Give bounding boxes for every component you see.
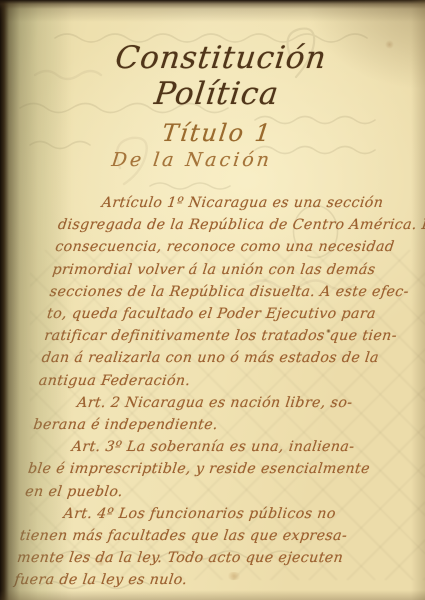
manuscript-line: fuera de la ley es nulo. [13,569,424,591]
manuscript-line: to, queda facultado el Poder Ejecutivo p… [46,303,425,325]
manuscript-page: Constitución Política Título 1 De la Nac… [0,0,425,600]
section-heading-block: Título 1 De la Nación [0,119,425,171]
document-title: Constitución Política [42,40,396,112]
section-heading: Título 1 [3,119,425,147]
manuscript-line: Artículo 1º Nicaragua es una sección [59,192,425,214]
manuscript-line: en el pueblo. [24,481,425,503]
manuscript-line: disgregada de la República de Centro Amé… [57,214,425,236]
manuscript-line: dan á realizarla con uno ó más estados d… [40,347,425,369]
manuscript-line: mente les da la ley. Todo acto que ejecu… [16,547,425,569]
section-subheading: De la Nación [0,149,425,171]
manuscript-line: Art. 2 Nicaragua es nación libre, so- [35,392,425,414]
page-top-edge [0,0,425,22]
manuscript-line: Art. 4º Los funcionarios públicos no [21,503,425,525]
manuscript-line: primordial volver á la unión con las dem… [51,259,425,281]
manuscript-line: antigua Federación. [38,370,425,392]
manuscript-body: Artículo 1º Nicaragua es una seccióndisg… [13,192,425,592]
manuscript-line: tienen más facultades que las que expres… [18,525,425,547]
manuscript-line: consecuencia, reconoce como una necesida… [54,236,425,258]
manuscript-line: ratificar definitivamente los tratados q… [43,325,425,347]
manuscript-line: Art. 3º La soberanía es una, inaliena- [29,436,425,458]
manuscript-line: ble é imprescriptible, y reside esencial… [27,458,425,480]
manuscript-line: secciones de la República disuelta. A es… [48,281,425,303]
manuscript-line: berana é independiente. [32,414,425,436]
